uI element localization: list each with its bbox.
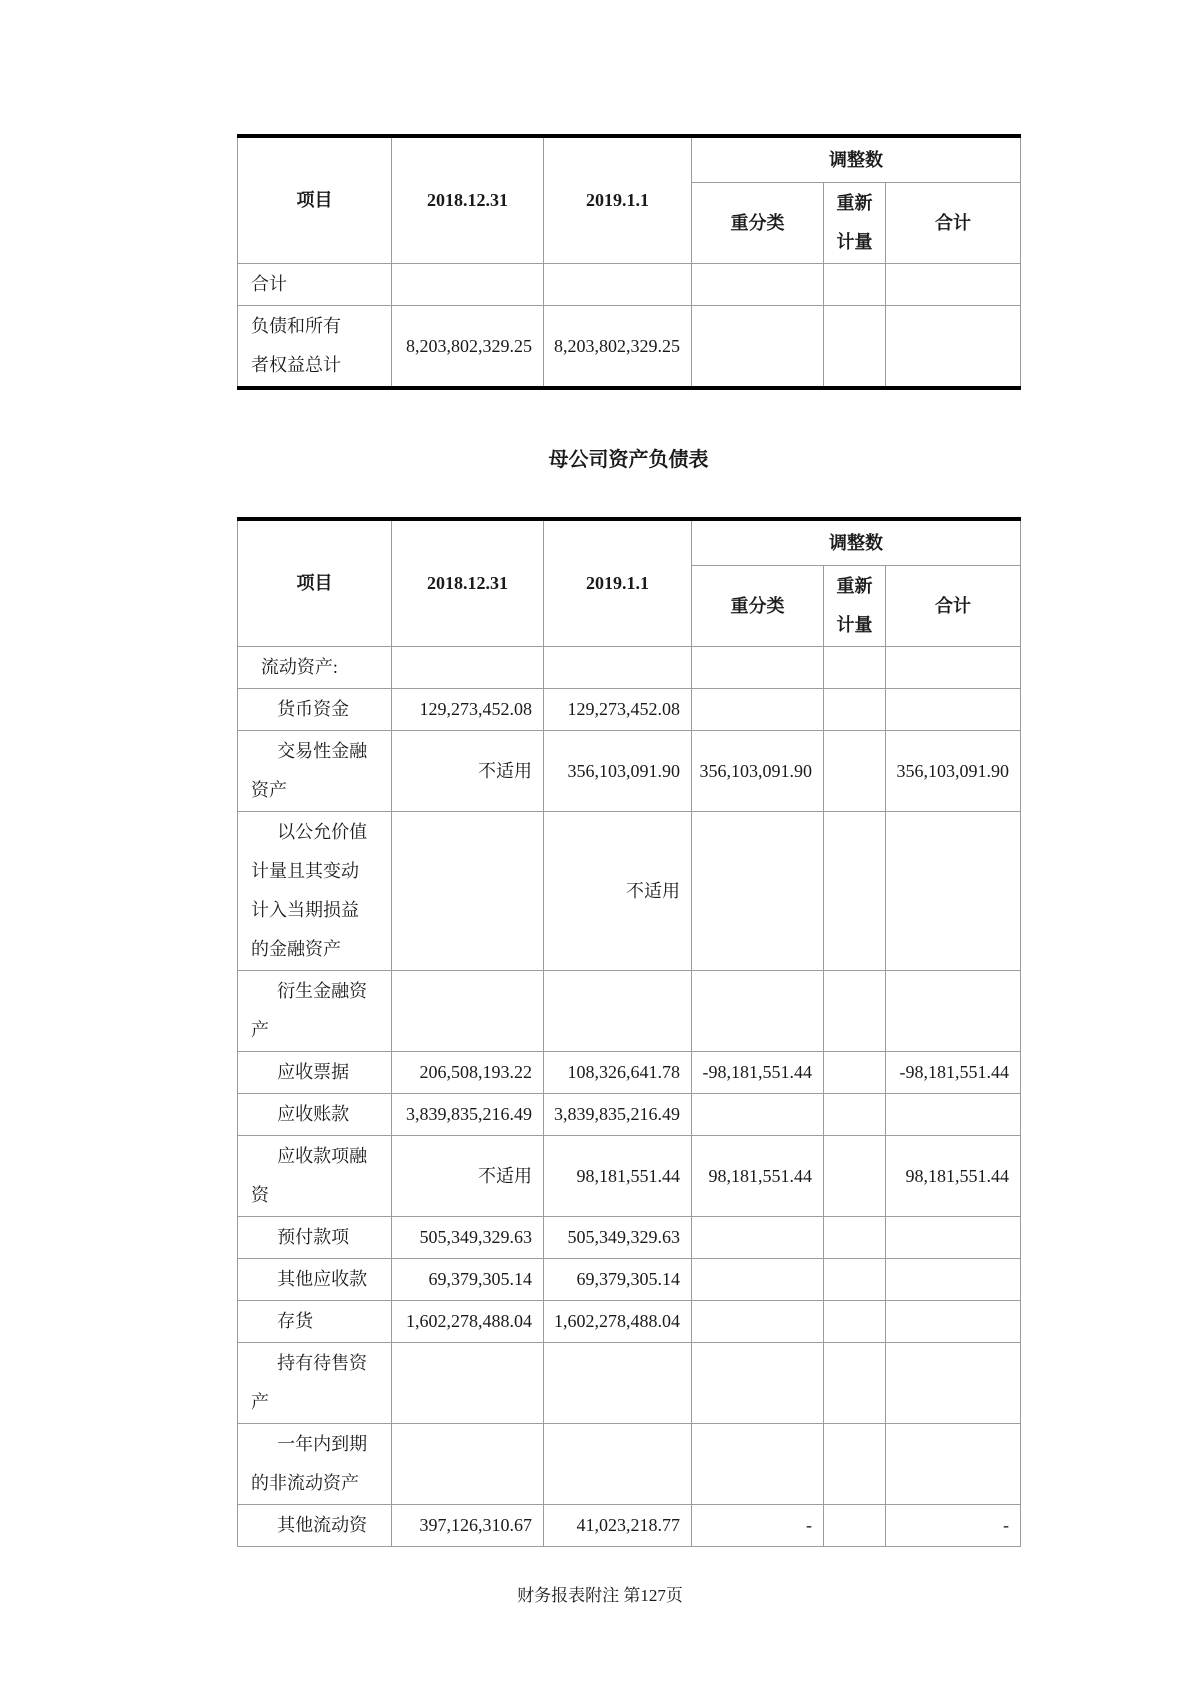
table-body: 流动资产:货币资金129,273,452.08129,273,452.08交易性… [238,647,1021,1547]
cell-value [692,264,824,306]
cell-value: 356,103,091.90 [886,731,1021,812]
cell-value: 206,508,193.22 [392,1052,544,1094]
table-row: 其他流动资397,126,310.6741,023,218.77-- [238,1505,1021,1547]
row-label: 交易性金融 资产 [238,731,392,812]
cell-value [824,1505,886,1547]
row-label: 以公允价值 计量且其变动 计入当期损益 的金融资产 [238,812,392,971]
cell-value [886,1259,1021,1301]
cell-value: 1,602,278,488.04 [392,1301,544,1343]
cell-value [824,264,886,306]
cell-value [886,1424,1021,1505]
cell-value: 397,126,310.67 [392,1505,544,1547]
cell-value [824,731,886,812]
cell-value: 356,103,091.90 [544,731,692,812]
table-row: 一年内到期 的非流动资产 [238,1424,1021,1505]
cell-value [824,1343,886,1424]
cell-value [692,1094,824,1136]
cell-value: 108,326,641.78 [544,1052,692,1094]
cell-value [392,647,544,689]
cell-value [824,306,886,389]
cell-value [886,689,1021,731]
cell-value [392,1343,544,1424]
cell-value [886,306,1021,389]
header-adjustments: 调整数 [692,519,1021,566]
cell-value: 69,379,305.14 [544,1259,692,1301]
table-header: 项目 2018.12.31 2019.1.1 调整数 重分类 重新 计量 合计 [238,136,1021,264]
cell-value: -98,181,551.44 [692,1052,824,1094]
table-row: 应收账款3,839,835,216.493,839,835,216.49 [238,1094,1021,1136]
cell-value: 129,273,452.08 [392,689,544,731]
row-label: 一年内到期 的非流动资产 [238,1424,392,1505]
cell-value [392,971,544,1052]
row-label: 存货 [238,1301,392,1343]
table-row: 其他应收款69,379,305.1469,379,305.14 [238,1259,1021,1301]
table-body: 合计负债和所有 者权益总计8,203,802,329.258,203,802,3… [238,264,1021,389]
row-label: 应收账款 [238,1094,392,1136]
cell-value: 98,181,551.44 [692,1136,824,1217]
row-label: 衍生金融资 产 [238,971,392,1052]
cell-value: - [692,1505,824,1547]
cell-value: 3,839,835,216.49 [544,1094,692,1136]
cell-value [886,1217,1021,1259]
cell-value [544,1424,692,1505]
cell-value [824,1136,886,1217]
header-item: 项目 [238,136,392,264]
cell-value: 1,602,278,488.04 [544,1301,692,1343]
cell-value: 98,181,551.44 [544,1136,692,1217]
header-date-2018: 2018.12.31 [392,519,544,647]
table-row: 交易性金融 资产不适用356,103,091.90356,103,091.903… [238,731,1021,812]
cell-value: 8,203,802,329.25 [392,306,544,389]
table-row: 负债和所有 者权益总计8,203,802,329.258,203,802,329… [238,306,1021,389]
row-label: 货币资金 [238,689,392,731]
cell-value: 8,203,802,329.25 [544,306,692,389]
cell-value [692,971,824,1052]
cell-value [692,689,824,731]
cell-value [824,1052,886,1094]
cell-value: 505,349,329.63 [392,1217,544,1259]
cell-value [824,812,886,971]
cell-value [886,264,1021,306]
cell-value [392,1424,544,1505]
cell-value [886,1094,1021,1136]
cell-value [886,1343,1021,1424]
header-item: 项目 [238,519,392,647]
cell-value: 3,839,835,216.49 [392,1094,544,1136]
cell-value [544,1343,692,1424]
cell-value [692,306,824,389]
cell-value [824,1217,886,1259]
cell-value [392,264,544,306]
table-row: 应收款项融 资不适用98,181,551.4498,181,551.4498,1… [238,1136,1021,1217]
table-row: 预付款项505,349,329.63505,349,329.63 [238,1217,1021,1259]
row-label: 其他流动资 [238,1505,392,1547]
cell-value [886,647,1021,689]
row-label: 其他应收款 [238,1259,392,1301]
cell-value: 不适用 [392,1136,544,1217]
table-row: 以公允价值 计量且其变动 计入当期损益 的金融资产不适用 [238,812,1021,971]
cell-value [692,647,824,689]
cell-value: - [886,1505,1021,1547]
cell-value [886,971,1021,1052]
cell-value [824,971,886,1052]
header-remeasurement: 重新 计量 [824,566,886,647]
header-adjustments: 调整数 [692,136,1021,183]
continuation-table: 项目 2018.12.31 2019.1.1 调整数 重分类 重新 计量 合计 … [237,134,1021,390]
cell-value: 不适用 [544,812,692,971]
table-header: 项目 2018.12.31 2019.1.1 调整数 重分类 重新 计量 合计 [238,519,1021,647]
table-row: 衍生金融资 产 [238,971,1021,1052]
row-label: 负债和所有 者权益总计 [238,306,392,389]
header-date-2019: 2019.1.1 [544,519,692,647]
row-label: 持有待售资 产 [238,1343,392,1424]
cell-value: 98,181,551.44 [886,1136,1021,1217]
cell-value: -98,181,551.44 [886,1052,1021,1094]
row-label: 合计 [238,264,392,306]
cell-value [692,1424,824,1505]
cell-value [692,1343,824,1424]
document-page: 项目 2018.12.31 2019.1.1 调整数 重分类 重新 计量 合计 … [0,0,1200,1696]
cell-value [692,1301,824,1343]
header-reclassification: 重分类 [692,183,824,264]
cell-value [692,812,824,971]
row-label: 应收款项融 资 [238,1136,392,1217]
table-row: 存货1,602,278,488.041,602,278,488.04 [238,1301,1021,1343]
table-row: 合计 [238,264,1021,306]
cell-value: 505,349,329.63 [544,1217,692,1259]
header-date-2018: 2018.12.31 [392,136,544,264]
cell-value [392,812,544,971]
header-reclassification: 重分类 [692,566,824,647]
cell-value [544,264,692,306]
cell-value: 41,023,218.77 [544,1505,692,1547]
table-title: 母公司资产负债表 [237,446,1020,474]
header-total: 合计 [886,566,1021,647]
row-label: 流动资产: [238,647,392,689]
cell-value: 69,379,305.14 [392,1259,544,1301]
cell-value [692,1259,824,1301]
table-row: 持有待售资 产 [238,1343,1021,1424]
cell-value [824,1301,886,1343]
cell-value [824,647,886,689]
page-footer: 财务报表附注 第127页 [0,1585,1200,1607]
header-date-2019: 2019.1.1 [544,136,692,264]
table-row: 货币资金129,273,452.08129,273,452.08 [238,689,1021,731]
parent-balance-sheet-table: 项目 2018.12.31 2019.1.1 调整数 重分类 重新 计量 合计 … [237,517,1021,1547]
cell-value: 356,103,091.90 [692,731,824,812]
cell-value: 不适用 [392,731,544,812]
cell-value [824,689,886,731]
header-total: 合计 [886,183,1021,264]
cell-value [544,647,692,689]
row-label: 预付款项 [238,1217,392,1259]
cell-value [824,1094,886,1136]
cell-value [886,1301,1021,1343]
cell-value [544,971,692,1052]
cell-value [824,1259,886,1301]
cell-value [692,1217,824,1259]
row-label: 应收票据 [238,1052,392,1094]
table-row: 流动资产: [238,647,1021,689]
header-remeasurement: 重新 计量 [824,183,886,264]
table-row: 应收票据206,508,193.22108,326,641.78-98,181,… [238,1052,1021,1094]
cell-value: 129,273,452.08 [544,689,692,731]
cell-value [824,1424,886,1505]
cell-value [886,812,1021,971]
